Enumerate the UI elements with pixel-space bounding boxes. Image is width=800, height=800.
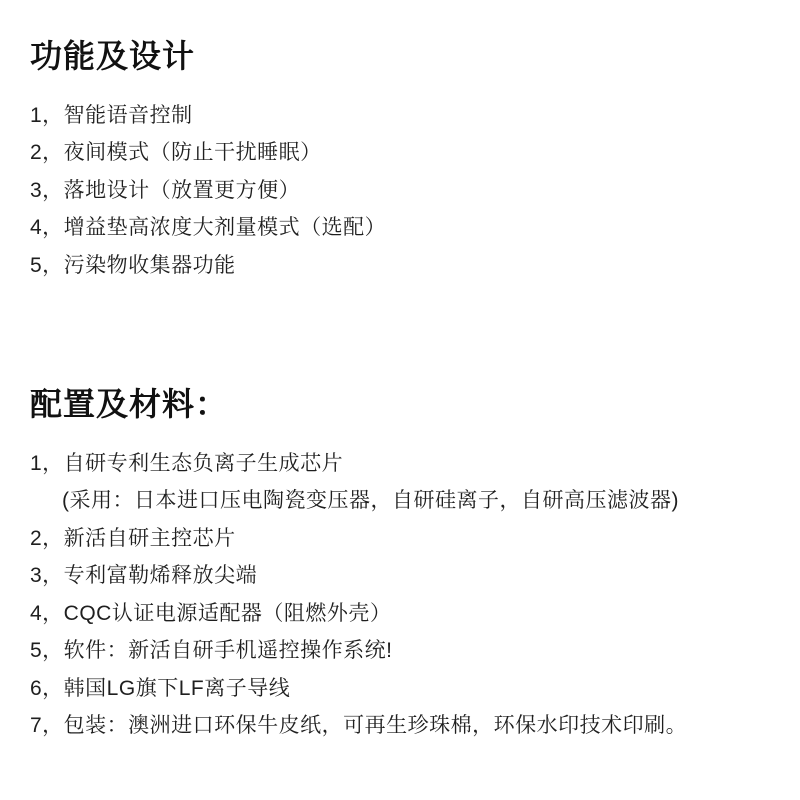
feature-item-3: 3，落地设计（放置更方便） [30,172,776,210]
section-materials: 配置及材料： 1，自研专利生态负离子生成芯片 (采用：日本进口压电陶瓷变压器，自… [30,388,776,745]
material-item-1: 1，自研专利生态负离子生成芯片 [30,445,776,483]
product-description-page: 功能及设计 1，智能语音控制 2，夜间模式（防止干扰睡眠） 3，落地设计（放置更… [0,0,800,800]
material-item-7: 7，包装：澳洲进口环保牛皮纸，可再生珍珠棉，环保水印技术印刷。 [30,707,776,745]
features-list: 1，智能语音控制 2，夜间模式（防止干扰睡眠） 3，落地设计（放置更方便） 4，… [30,97,776,285]
section-heading-materials: 配置及材料： [30,388,776,422]
materials-list: 1，自研专利生态负离子生成芯片 (采用：日本进口压电陶瓷变压器，自研硅离子，自研… [30,445,776,745]
material-item-5: 5，软件：新活自研手机遥控操作系统! [30,632,776,670]
material-item-2: 2，新活自研主控芯片 [30,520,776,558]
feature-item-5: 5，污染物收集器功能 [30,247,776,285]
feature-item-2: 2，夜间模式（防止干扰睡眠） [30,134,776,172]
material-item-1-subline: (采用：日本进口压电陶瓷变压器，自研硅离子，自研高压滤波器) [30,482,776,520]
feature-item-4: 4，增益垫高浓度大剂量模式（选配） [30,209,776,247]
section-heading-features: 功能及设计 [30,0,776,74]
feature-item-1: 1，智能语音控制 [30,97,776,135]
section-features: 功能及设计 1，智能语音控制 2，夜间模式（防止干扰睡眠） 3，落地设计（放置更… [30,0,776,284]
material-item-4: 4，CQC认证电源适配器（阻燃外壳） [30,595,776,633]
material-item-3: 3，专利富勒烯释放尖端 [30,557,776,595]
material-item-6: 6，韩国LG旗下LF离子导线 [30,670,776,708]
